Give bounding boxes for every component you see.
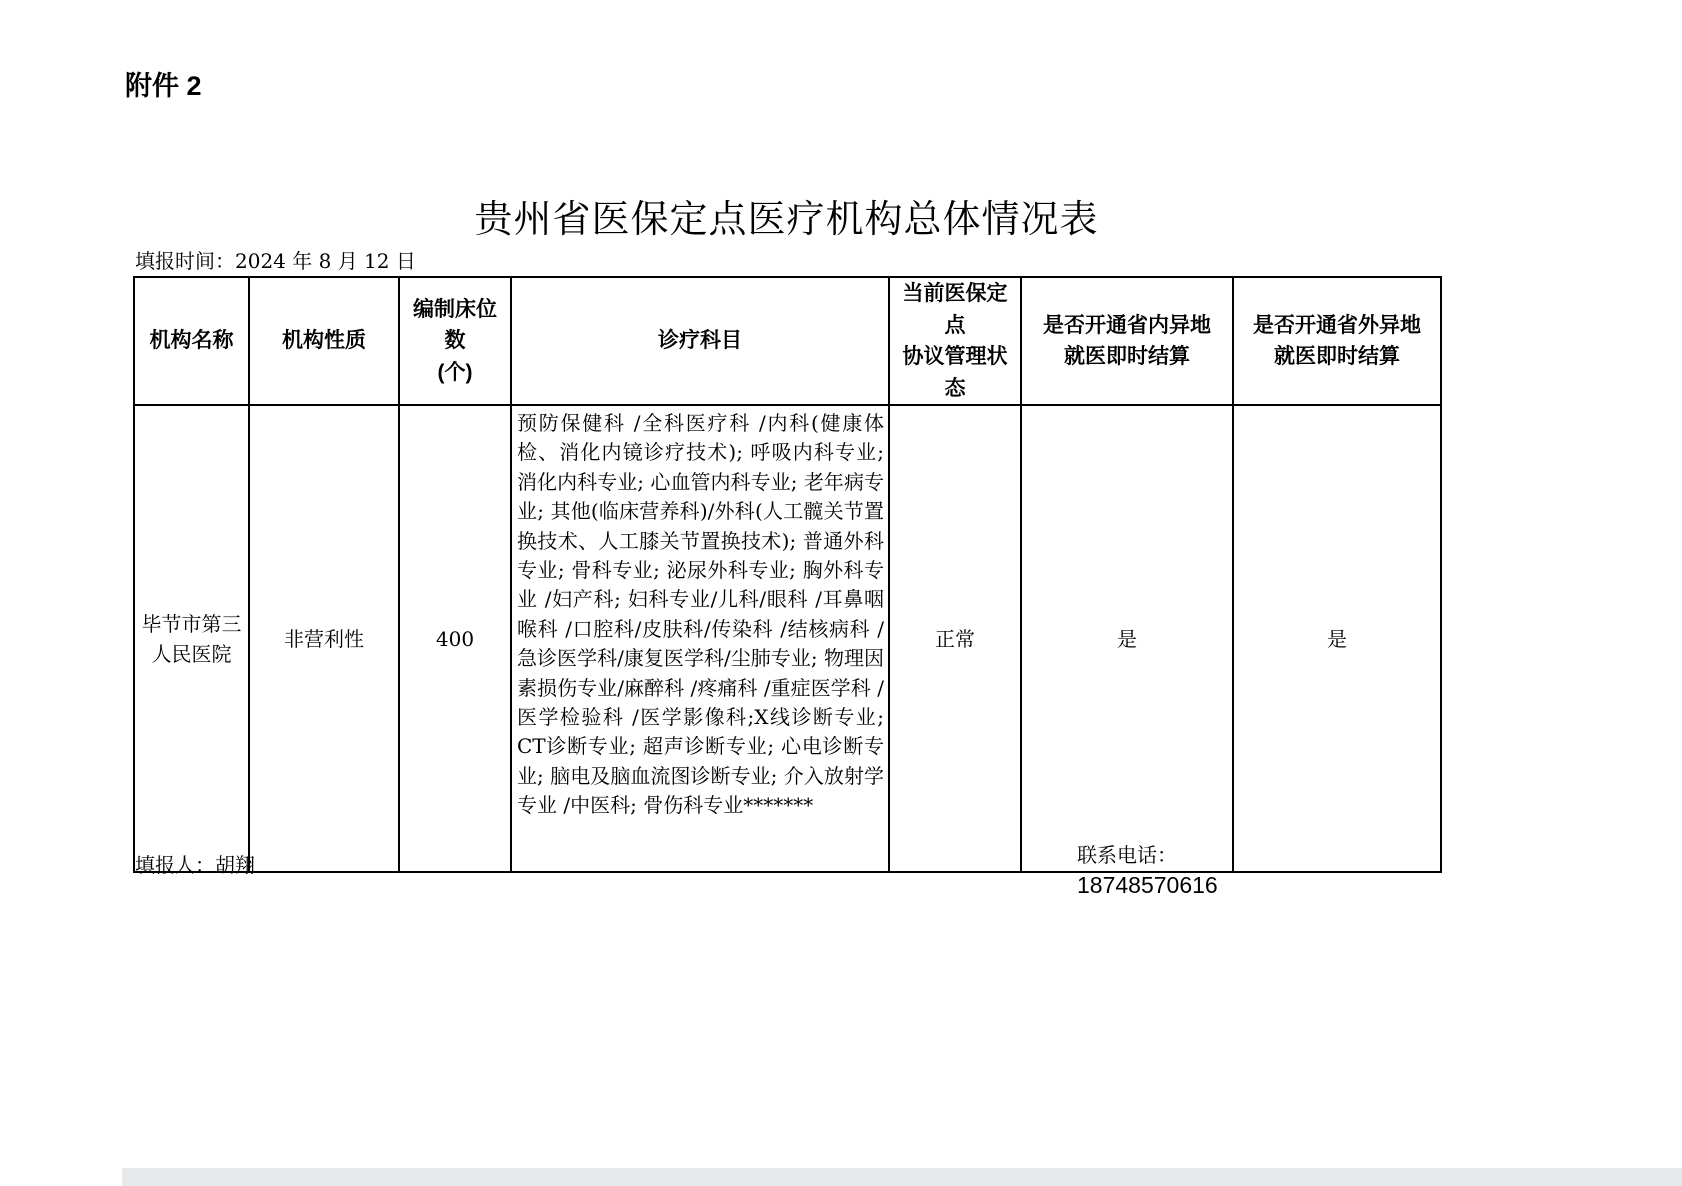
attachment-label: 附件 2 (125, 64, 202, 103)
cell-beds: 400 (399, 405, 511, 872)
institution-table: 机构名称 机构性质 编制床位数 (个) 诊疗科目 当前医保定点 协议管理状态 是… (133, 276, 1442, 873)
cell-org-name: 毕节市第三人民医院 (134, 405, 249, 872)
cell-agreement-status: 正常 (889, 405, 1021, 872)
table-row: 毕节市第三人民医院 非营利性 400 预防保健科 /全科医疗科 /内科(健康体检… (134, 405, 1441, 872)
report-date-label: 填报时间：2024 年 8 月 12 日 (135, 245, 416, 274)
cell-departments: 预防保健科 /全科医疗科 /内科(健康体检、消化内镜诊疗技术); 呼吸内科专业;… (511, 405, 889, 872)
contact-phone: 18748570616 (1077, 872, 1218, 899)
cell-org-nature: 非营利性 (249, 405, 399, 872)
page-edge-strip (122, 1168, 1682, 1186)
col-header-org-nature: 机构性质 (249, 277, 399, 405)
col-header-departments: 诊疗科目 (511, 277, 889, 405)
filler-label: 填报人：胡翔 (135, 849, 255, 878)
col-header-beds: 编制床位数 (个) (399, 277, 511, 405)
page-title: 贵州省医保定点医疗机构总体情况表 (133, 188, 1440, 243)
col-header-intra-province-settlement: 是否开通省内异地 就医即时结算 (1021, 277, 1233, 405)
table-header-row: 机构名称 机构性质 编制床位数 (个) 诊疗科目 当前医保定点 协议管理状态 是… (134, 277, 1441, 405)
cell-extra-province-settlement: 是 (1233, 405, 1441, 872)
col-header-extra-province-settlement: 是否开通省外异地 就医即时结算 (1233, 277, 1441, 405)
table-header: 机构名称 机构性质 编制床位数 (个) 诊疗科目 当前医保定点 协议管理状态 是… (134, 277, 1441, 405)
col-header-org-name: 机构名称 (134, 277, 249, 405)
table-body: 毕节市第三人民医院 非营利性 400 预防保健科 /全科医疗科 /内科(健康体检… (134, 405, 1441, 872)
col-header-agreement-status: 当前医保定点 协议管理状态 (889, 277, 1021, 405)
contact-label: 联系电话： (1077, 839, 1177, 868)
cell-intra-province-settlement: 是 (1021, 405, 1233, 872)
